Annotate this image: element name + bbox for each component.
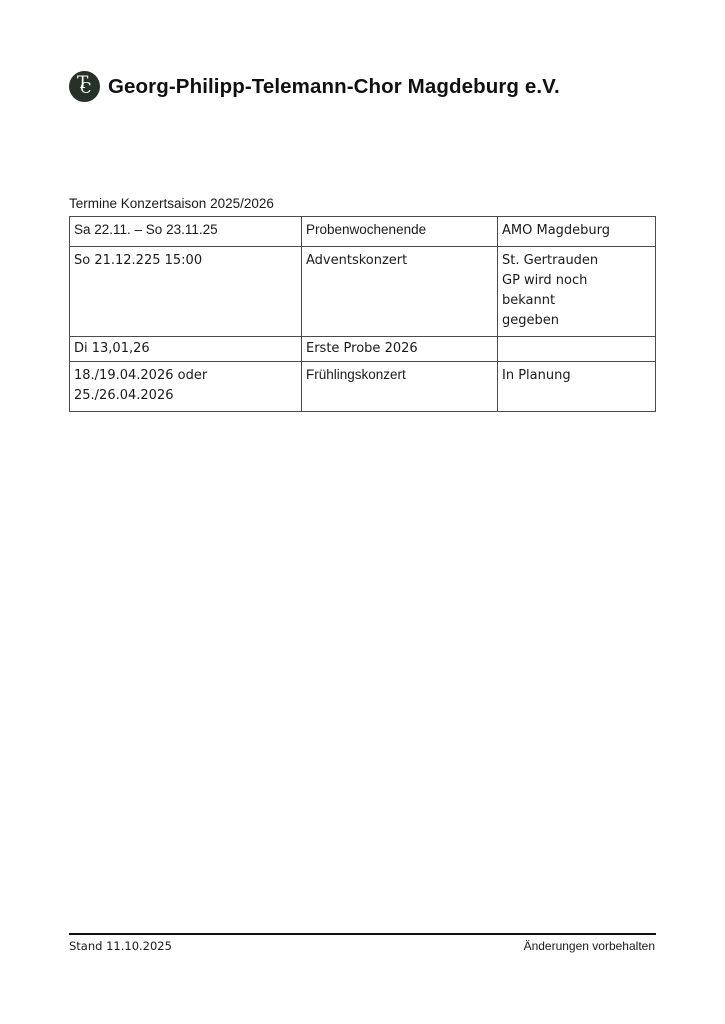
date-cell: Sa 22.11. – So 23.11.25 — [70, 217, 302, 247]
table-row: Sa 22.11. – So 23.11.25 Probenwochenende… — [70, 217, 656, 247]
event-cell: Adventskonzert — [302, 247, 498, 337]
event-cell: Frühlingskonzert — [302, 362, 498, 412]
footer-divider — [69, 933, 656, 935]
choir-logo-icon: T C — [69, 71, 100, 102]
footer-status-date: Stand 11.10.2025 — [69, 939, 172, 953]
date-cell: Di 13,01,26 — [70, 337, 302, 362]
place-cell — [498, 337, 656, 362]
table-caption: Termine Konzertsaison 2025/2026 — [69, 196, 274, 211]
place-text: St. Gertrauden GP wird noch bekannt gege… — [502, 253, 598, 328]
event-cell: Erste Probe 2026 — [302, 337, 498, 362]
schedule-table: Sa 22.11. – So 23.11.25 Probenwochenende… — [69, 216, 656, 412]
organization-title: Georg-Philipp-Telemann-Chor Magdeburg e.… — [108, 75, 560, 99]
date-cell: 18./19.04.2026 oder 25./26.04.2026 — [70, 362, 302, 412]
place-cell: AMO Magdeburg — [498, 217, 656, 247]
event-cell: Probenwochenende — [302, 217, 498, 247]
table-row: Di 13,01,26 Erste Probe 2026 — [70, 337, 656, 362]
place-cell: St. Gertrauden GP wird noch bekannt gege… — [498, 247, 656, 337]
page-header: T C Georg-Philipp-Telemann-Chor Magdebur… — [69, 71, 560, 102]
table-row: So 21.12.225 15:00 Adventskonzert St. Ge… — [70, 247, 656, 337]
logo-letter-c: C — [80, 81, 91, 96]
footer-disclaimer: Änderungen vorbehalten — [524, 939, 655, 953]
table-row: 18./19.04.2026 oder 25./26.04.2026 Frühl… — [70, 362, 656, 412]
date-cell: So 21.12.225 15:00 — [70, 247, 302, 337]
place-cell: In Planung — [498, 362, 656, 412]
